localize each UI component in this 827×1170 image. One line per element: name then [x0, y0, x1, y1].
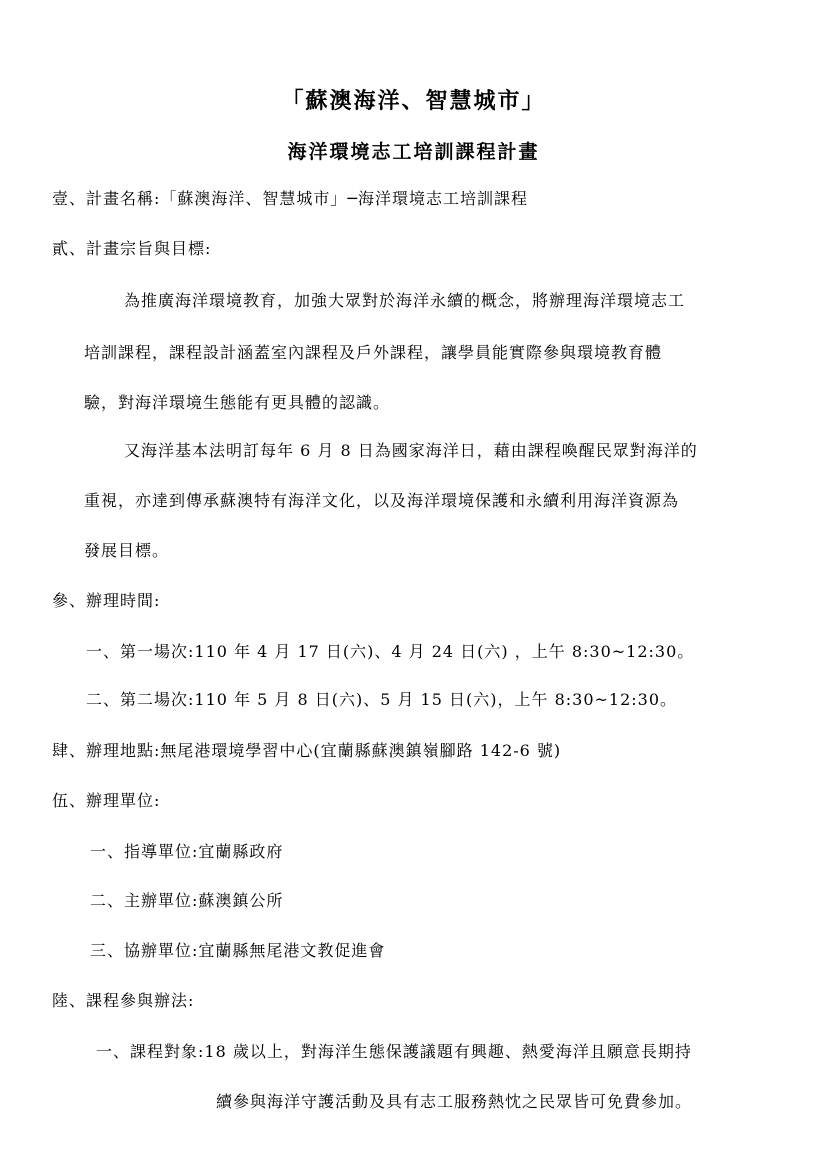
- section-2-paragraph-2-line-2: 重視，亦達到傳承蘇澳特有海洋文化，以及海洋環境保護和永續利用海洋資源為: [84, 491, 679, 511]
- section-2-paragraph-1-line-1: 為推廣海洋環境教育，加強大眾對於海洋永續的概念，將辦理海洋環境志工: [124, 291, 685, 311]
- document-subtitle: 海洋環境志工培訓課程計畫: [0, 140, 827, 164]
- section-5-supervisor: 一、指導單位:宜蘭縣政府: [90, 842, 283, 862]
- section-6-participants-line-1: 一、課程對象:18 歲以上，對海洋生態保護議題有興趣、熱愛海洋且願意長期持: [96, 1042, 692, 1062]
- section-2-paragraph-1-line-3: 驗，對海洋環境生態能有更具體的認識。: [84, 393, 390, 413]
- section-2-paragraph-1-line-2: 培訓課程，課程設計涵蓋室內課程及戶外課程，讓學員能實際參與環境教育體: [84, 343, 662, 363]
- section-6-heading: 陸、課程參與辦法:: [52, 991, 194, 1011]
- section-5-heading: 伍、辦理單位:: [52, 791, 160, 811]
- section-3-heading: 參、辦理時間:: [52, 591, 160, 611]
- section-2-paragraph-2-line-1: 又海洋基本法明訂每年 6 月 8 日為國家海洋日，藉由課程喚醒民眾對海洋的: [124, 441, 698, 461]
- section-4-venue: 肆、辦理地點:無尾港環境學習中心(宜蘭縣蘇澳鎮嶺腳路 142-6 號): [52, 741, 561, 761]
- section-1-plan-name: 壹、計畫名稱:「蘇澳海洋、智慧城市」─海洋環境志工培訓課程: [52, 189, 528, 209]
- section-3-session-1: 一、第一場次:110 年 4 月 17 日(六)、4 月 24 日(六) ，上午…: [86, 642, 694, 662]
- section-3-session-2: 二、第二場次:110 年 5 月 8 日(六)、5 月 15 日(六)，上午 8…: [86, 690, 677, 710]
- document-title: 「蘇澳海洋、智慧城市」: [0, 88, 827, 116]
- section-2-heading: 貳、計畫宗旨與目標:: [52, 239, 211, 259]
- section-5-organizer: 二、主辦單位:蘇澳鎮公所: [90, 891, 283, 911]
- section-6-participants-line-2: 續參與海洋守護活動及具有志工服務熱忱之民眾皆可免費參加。: [216, 1092, 692, 1112]
- section-5-co-organizer: 三、協辦單位:宜蘭縣無尾港文教促進會: [90, 941, 385, 961]
- document-page: 「蘇澳海洋、智慧城市」 海洋環境志工培訓課程計畫 壹、計畫名稱:「蘇澳海洋、智慧…: [0, 0, 827, 1170]
- section-2-paragraph-2-line-3: 發展目標。: [84, 541, 169, 561]
